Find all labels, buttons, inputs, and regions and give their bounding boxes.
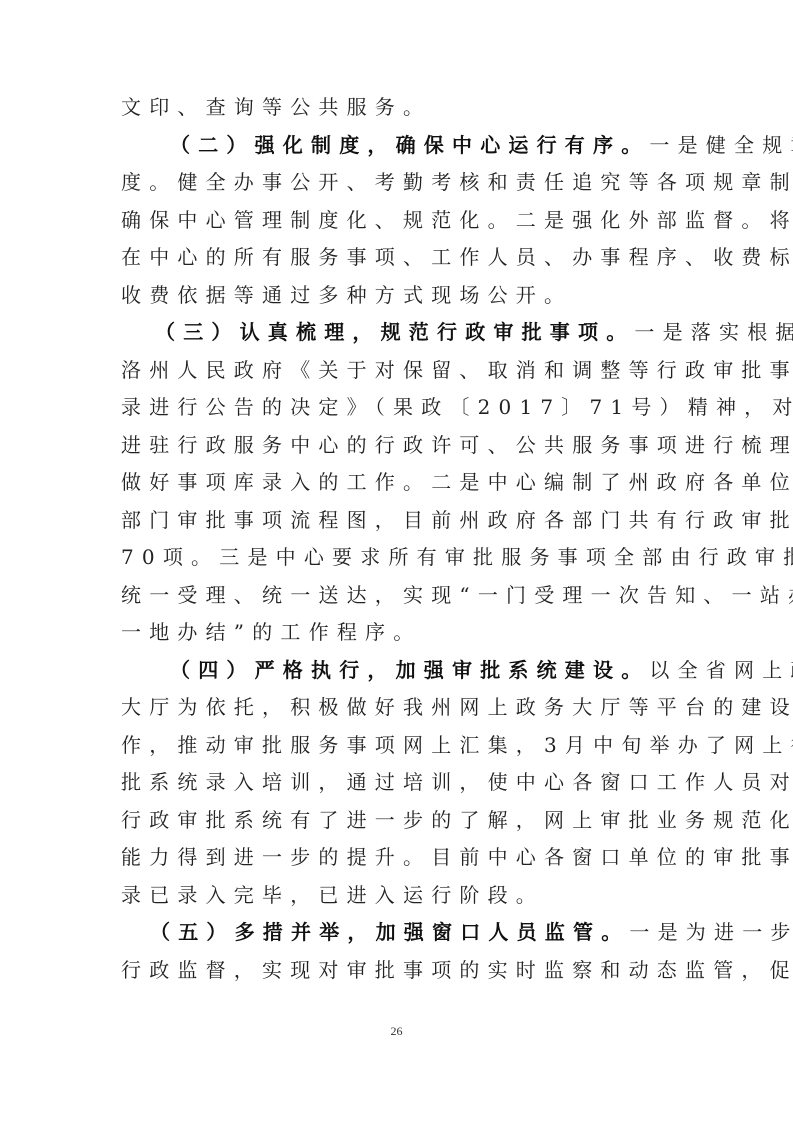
paragraph-line: 一地办结”的工作程序。 <box>121 614 681 652</box>
paragraph-line: 大厅为依托，积极做好我州网上政务大厅等平台的建设工 <box>121 689 681 727</box>
paragraph-line: 度。健全办事公开、考勤考核和责任追究等各项规章制度， <box>121 164 681 202</box>
body-text: 文印、查询等公共服务。 （二）强化制度，确保中心运行有序。一是健全规章制 度。健… <box>121 89 681 989</box>
paragraph-line: 确保中心管理制度化、规范化。二是强化外部监督。将集中 <box>121 202 681 240</box>
section-heading-3: （三）认真梳理，规范行政审批事项。 <box>155 320 634 344</box>
section-heading-line: （五）多措并举，加强窗口人员监管。一是为进一步强化 <box>121 914 681 952</box>
paragraph-line: 能力得到进一步的提升。目前中心各窗口单位的审批事项目 <box>121 839 681 877</box>
paragraph-line: 行政审批系统有了进一步的了解，网上审批业务规范化操作 <box>121 802 681 840</box>
paragraph-line: 进驻行政服务中心的行政许可、公共服务事项进行梳理，并 <box>121 427 681 465</box>
paragraph-line: 统一受理、统一送达，实现“一门受理一次告知、一站办理、 <box>121 577 681 615</box>
document-page: 文印、查询等公共服务。 （二）强化制度，确保中心运行有序。一是健全规章制 度。健… <box>0 0 793 1122</box>
page-number: 26 <box>0 1024 793 1039</box>
paragraph-line: 作，推动审批服务事项网上汇集，3月中旬举办了网上行政审 <box>121 727 681 765</box>
section-heading-5: （五）多措并举，加强窗口人员监管。 <box>150 920 629 944</box>
paragraph-line: 批系统录入培训，通过培训，使中心各窗口工作人员对网上 <box>121 764 681 802</box>
paragraph-line: 在中心的所有服务事项、工作人员、办事程序、收费标准和 <box>121 239 681 277</box>
paragraph-line: 收费依据等通过多种方式现场公开。 <box>121 277 681 315</box>
section-heading-line: （四）严格执行，加强审批系统建设。以全省网上政务 <box>121 652 681 690</box>
paragraph-line: 行政监督，实现对审批事项的实时监察和动态监管，促进行 <box>121 952 681 990</box>
paragraph-line: 部门审批事项流程图，目前州政府各部门共有行政审批事项 <box>121 502 681 540</box>
paragraph-line: 洛州人民政府《关于对保留、取消和调整等行政审批事项目 <box>121 352 681 390</box>
section-heading-4: （四）严格执行，加强审批系统建设。 <box>170 658 649 682</box>
section-heading-line: （三）认真梳理，规范行政审批事项。一是落实根据果 <box>121 314 681 352</box>
paragraph-line: 做好事项库录入的工作。二是中心编制了州政府各单位、各 <box>121 464 681 502</box>
section-heading-line: （二）强化制度，确保中心运行有序。一是健全规章制 <box>121 127 681 165</box>
section-heading-2: （二）强化制度，确保中心运行有序。 <box>170 133 649 157</box>
paragraph-line: 录已录入完毕，已进入运行阶段。 <box>121 877 681 915</box>
paragraph-line: 70项。三是中心要求所有审批服务事项全部由行政审批窗口 <box>121 539 681 577</box>
paragraph-line: 录进行公告的决定》（果政〔2017〕71号）精神，对本单位 <box>121 389 681 427</box>
paragraph-line: 文印、查询等公共服务。 <box>121 89 681 127</box>
